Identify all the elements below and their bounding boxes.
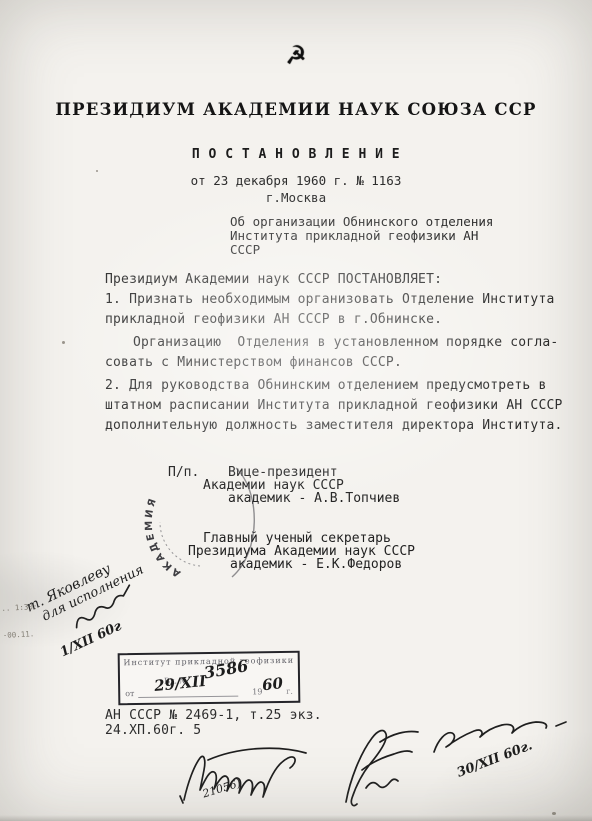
ussr-state-emblem-icon: ☭ [0, 40, 592, 69]
signature-scribble-2 [322, 726, 440, 808]
scan-edge-smudge [0, 815, 592, 821]
scanned-decree-document: ☭ ПРЕЗИДИУМ АКАДЕМИИ НАУК СОЮЗА ССР П О … [0, 0, 592, 821]
footer-print-line: 24.ХП.60г. 5 [105, 723, 201, 738]
stamp-year-printed: 19 [252, 687, 262, 696]
letterhead-organization: ПРЕЗИДИУМ АКАДЕМИИ НАУК СОЮЗА ССР [0, 100, 592, 119]
document-type-title: П О С Т А Н О В Л Е Н И Е [0, 147, 592, 162]
incoming-registration-stamp: Институт прикладной геофизики Вх. № 3586… [118, 651, 301, 706]
item1-line: 1. Признать необходимым организовать Отд… [105, 290, 555, 310]
subject-line: Института прикладной геофизики АН [230, 229, 493, 243]
round-stamp-text-arc: АКАДЕМИЯ [144, 495, 183, 578]
round-stamp-label: АКАДЕМИЯ [144, 495, 183, 578]
margin-fragment-line: -00.11. [2, 629, 39, 640]
stamp-year-handwritten: 60 [261, 674, 284, 694]
item1b-line: Организацию Отделения в установленном по… [133, 333, 558, 353]
stamp-year-suffix: г. [286, 687, 293, 696]
city-line: г.Москва [0, 190, 592, 205]
scan-speck [62, 341, 65, 344]
stamp-date-rule [138, 696, 238, 698]
stamp-day-month-handwritten: 29/XII [153, 672, 207, 695]
scan-speck [96, 170, 98, 172]
round-stamp-right-arc [232, 468, 254, 577]
footer-print-line: АН СССР № 2469-1, т.25 экз. [105, 708, 322, 723]
stamp-from-label: от [125, 689, 134, 698]
subject-line: Об организации Обнинского отделения [230, 215, 493, 229]
date-number-line: от 23 декабря 1960 г. № 1163 [0, 173, 592, 188]
item1-line: прикладной геофизики АН СССР в г.Обнинск… [105, 310, 442, 330]
item2-line: 2. Для руководства Обнинским отделением … [105, 376, 546, 396]
subject-line: СССР [230, 243, 493, 257]
resolves-line: Президиум Академии наук СССР ПОСТАНОВЛЯЕ… [105, 270, 442, 290]
item2-line: дополнительную должность заместителя дир… [105, 416, 563, 436]
subject-block: Об организации Обнинского отделения Инст… [230, 215, 493, 257]
item1b-line: совать с Министерством финансов СССР. [105, 353, 402, 373]
item2-line: штатном расписании Института прикладной … [105, 396, 563, 416]
round-stamp: АКАДЕМИЯ [138, 462, 270, 584]
